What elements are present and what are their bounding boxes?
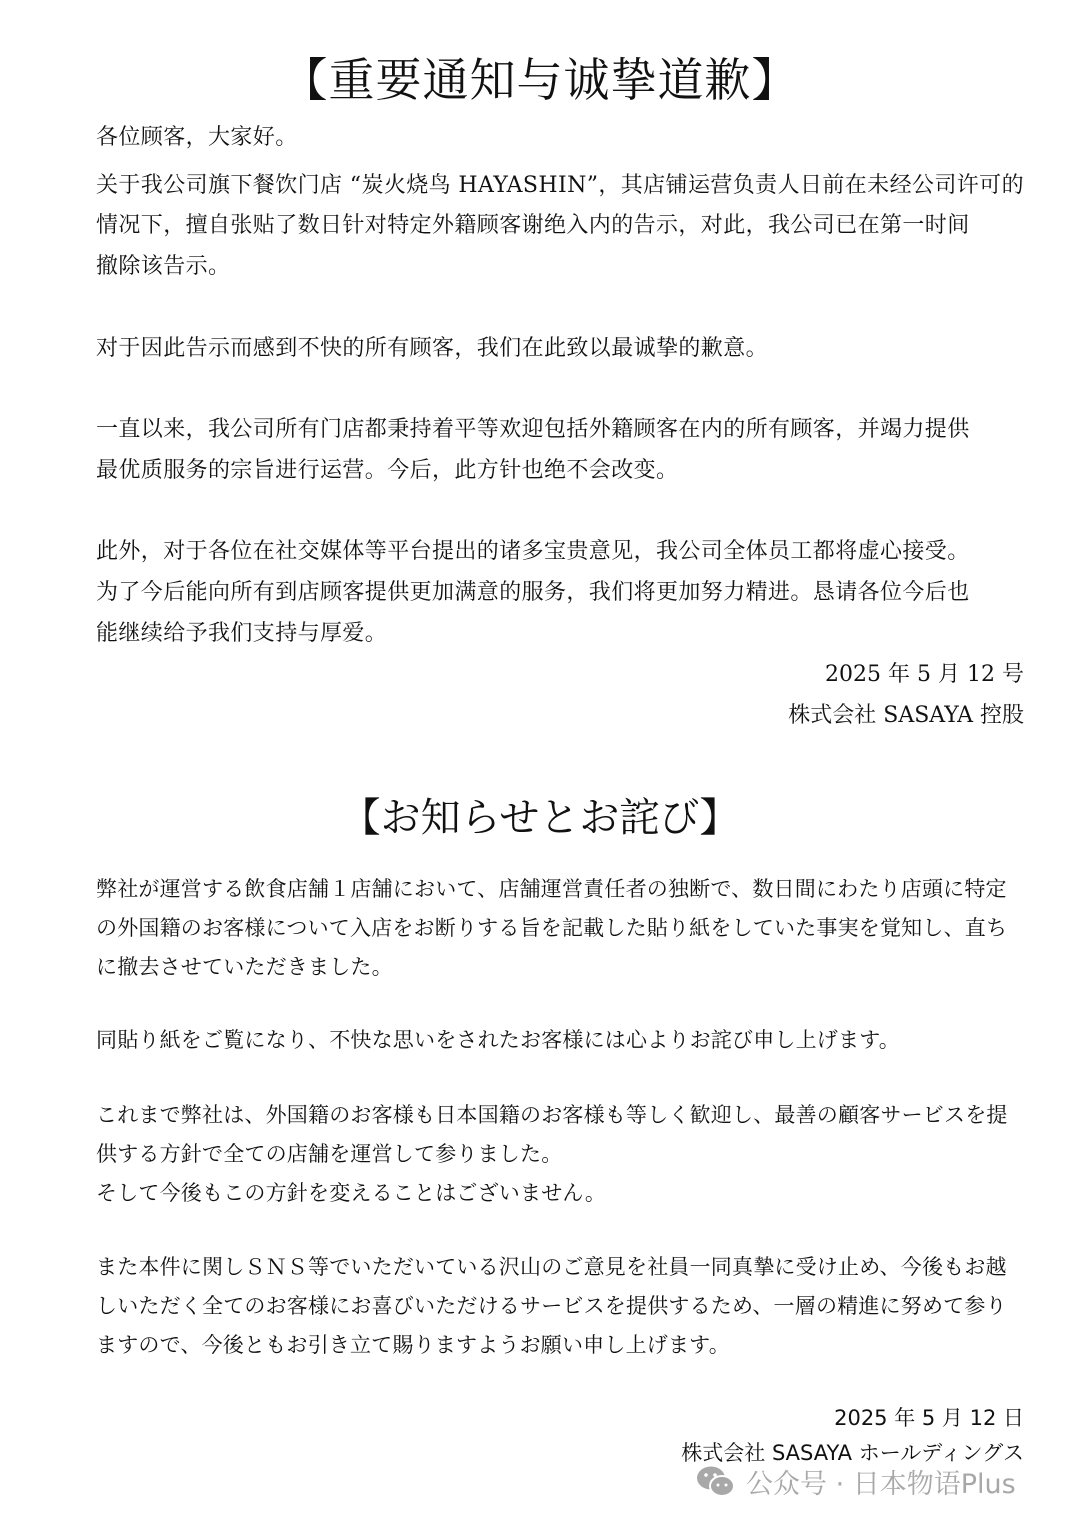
jp-date: 2025 年 5 月 12 日 [834, 1402, 1024, 1432]
cn-line: 此外，对于各位在社交媒体等平台提出的诸多宝贵意见，我公司全体员工都将虚心接受。 [96, 534, 970, 565]
cn-line: 各位顾客，大家好。 [96, 120, 298, 151]
cn-line: 能继续给予我们支持与厚爱。 [96, 616, 387, 647]
cn-line: 情况下，擅自张贴了数日针对特定外籍顾客谢绝入内的告示，对此，我公司已在第一时间 [96, 208, 970, 239]
wechat-icon [696, 1465, 736, 1499]
jp-line: 弊社が運営する飲食店舗１店舗において、店舗運営責任者の独断で、数日間にわたり店頭… [96, 873, 1007, 903]
jp-line: そして今後もこの方針を変えることはございません。 [96, 1177, 606, 1207]
cn-date: 2025 年 5 月 12 号 [825, 657, 1024, 688]
cn-notice-title: 【重要通知与诚挚道歉】 [0, 44, 1080, 110]
jp-line: しいただく全てのお客様にお喜びいただけるサービスを提供するため、一層の精進に努め… [96, 1290, 1007, 1320]
cn-line: 撤除该告示。 [96, 249, 230, 280]
cn-line: 最优质服务的宗旨进行运营。今后，此方针也绝不会改变。 [96, 453, 678, 484]
cn-line: 对于因此告示而感到不快的所有顾客，我们在此致以最诚挚的歉意。 [96, 331, 768, 362]
watermark: 公众号 · 日本物语Plus [696, 1462, 1016, 1501]
cn-line: 一直以来，我公司所有门店都秉持着平等欢迎包括外籍顾客在内的所有顾客，并竭力提供 [96, 412, 970, 443]
jp-line: これまで弊社は、外国籍のお客様も日本国籍のお客様も等しく歓迎し、最善の顧客サービ… [96, 1099, 1008, 1129]
jp-line: 同貼り紙をご覧になり、不快な思いをされたお客様には心よりお詫び申し上げます。 [96, 1024, 900, 1054]
cn-line: 关于我公司旗下餐饮门店 “炭火烧鸟 HAYASHIN”，其店铺运营负责人日前在未… [96, 168, 1024, 199]
jp-line: また本件に関しＳＮＳ等でいただいている沢山のご意見を社員一同真摯に受け止め、今後… [96, 1251, 1007, 1281]
jp-line: ますので、今後ともお引き立て賜りますようお願い申し上げます。 [96, 1329, 730, 1359]
watermark-text: 公众号 · 日本物语Plus [746, 1462, 1016, 1501]
jp-line: 供する方針で全ての店舗を運営して参りました。 [96, 1138, 562, 1168]
cn-signature: 株式会社 SASAYA 控股 [788, 698, 1024, 729]
jp-line: の外国籍のお客様について入店をお断りする旨を記載した貼り紙をしていた事実を覚知し… [96, 912, 1007, 942]
jp-notice-title: 【お知らせとお詫び】 [0, 786, 1080, 843]
jp-line: に撤去させていただきました。 [96, 951, 393, 981]
cn-line: 为了今后能向所有到店顾客提供更加满意的服务，我们将更加努力精进。恳请各位今后也 [96, 575, 970, 606]
